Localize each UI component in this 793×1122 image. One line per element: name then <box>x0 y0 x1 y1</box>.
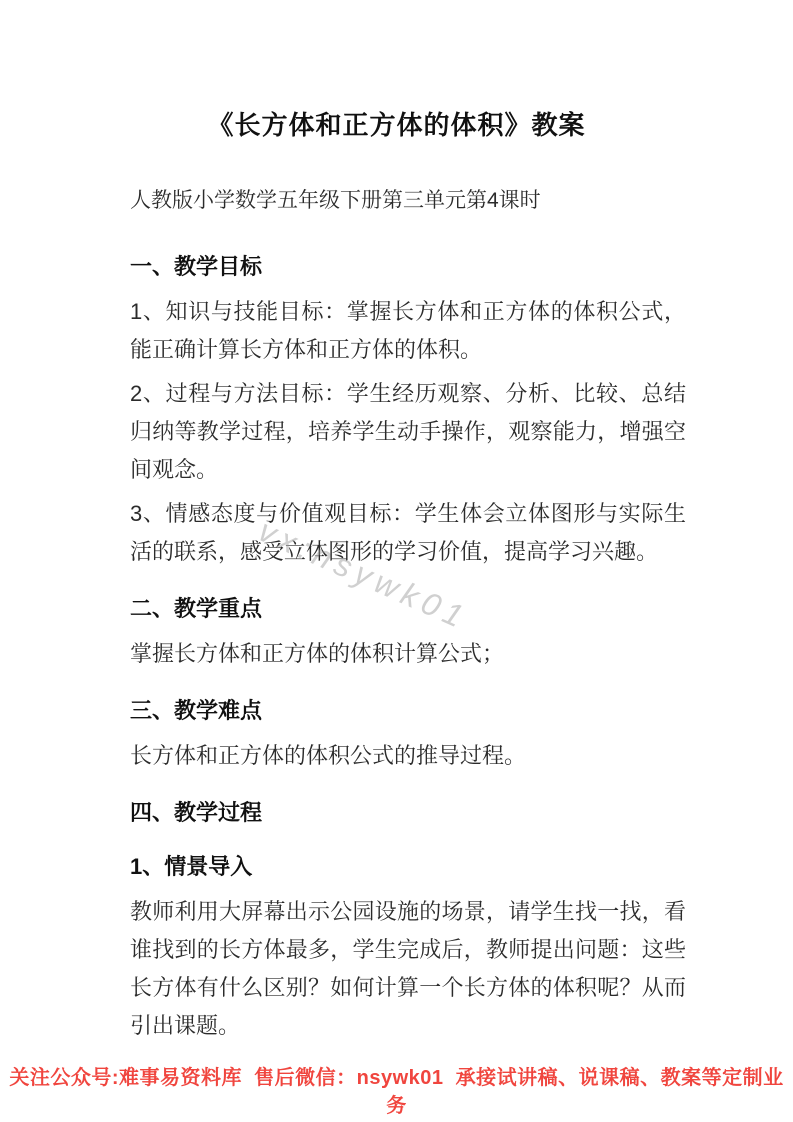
section-teaching-objectives: 一、教学目标 1、知识与技能目标：掌握长方体和正方体的体积公式，能正确计算长方体… <box>130 253 686 571</box>
objective-process-method: 2、过程与方法目标：学生经历观察、分析、比较、总结归纳等教学过程，培养学生动手操… <box>130 375 686 489</box>
objective-knowledge-skills: 1、知识与技能目标：掌握长方体和正方体的体积公式，能正确计算长方体和正方体的体积… <box>130 293 686 369</box>
section-heading-focus: 二、教学重点 <box>130 595 686 623</box>
document-body: 人教版小学数学五年级下册第三单元第4课时 一、教学目标 1、知识与技能目标：掌握… <box>130 187 686 1045</box>
section-heading-process: 四、教学过程 <box>130 799 686 827</box>
section-heading-objectives: 一、教学目标 <box>130 253 686 281</box>
objective-emotion-values: 3、情感态度与价值观目标：学生体会立体图形与实际生活的联系，感受立体图形的学习价… <box>130 495 686 571</box>
step-heading-scenario-intro: 1、情景导入 <box>130 853 686 881</box>
document-page: 《长方体和正方体的体积》教案 人教版小学数学五年级下册第三单元第4课时 一、教学… <box>0 0 793 1122</box>
document-subtitle: 人教版小学数学五年级下册第三单元第4课时 <box>130 187 686 215</box>
section-teaching-difficulty: 三、教学难点 长方体和正方体的体积公式的推导过程。 <box>130 697 686 775</box>
footer-promo-banner: 关注公众号:难事易资料库 售后微信：nsywk01 承接试讲稿、说课稿、教案等定… <box>0 1064 793 1120</box>
scenario-intro-text: 教师利用大屏幕出示公园设施的场景，请学生找一找，看谁找到的长方体最多，学生完成后… <box>130 893 686 1045</box>
section-teaching-focus: 二、教学重点 掌握长方体和正方体的体积计算公式； <box>130 595 686 673</box>
page-title: 《长方体和正方体的体积》教案 <box>0 105 793 145</box>
section-heading-difficulty: 三、教学难点 <box>130 697 686 725</box>
section-teaching-process: 四、教学过程 1、情景导入 教师利用大屏幕出示公园设施的场景，请学生找一找，看谁… <box>130 799 686 1045</box>
difficulty-text: 长方体和正方体的体积公式的推导过程。 <box>130 737 686 775</box>
focus-text: 掌握长方体和正方体的体积计算公式； <box>130 635 686 673</box>
